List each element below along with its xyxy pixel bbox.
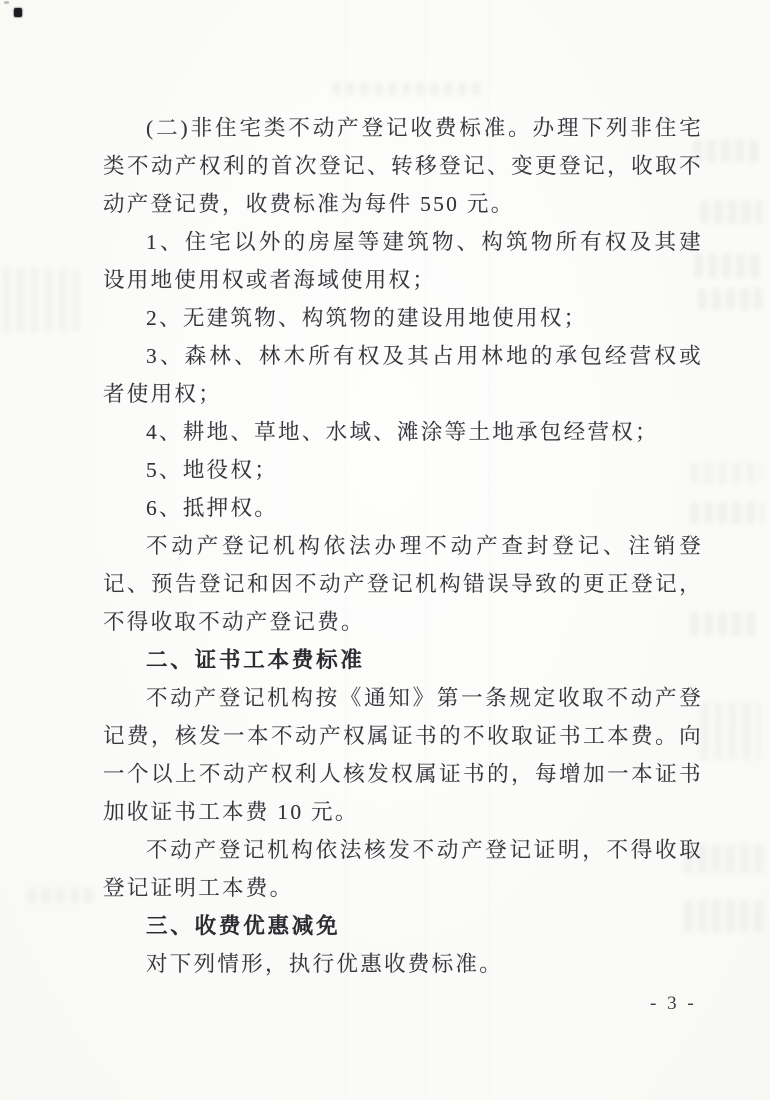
bleed-through-artifact [2,268,80,332]
list-item-3: 3、森林、林木所有权及其占用林地的承包经营权或者使用权； [103,337,703,413]
document-page: (二)非住宅类不动产登记收费标准。办理下列非住宅类不动产权利的首次登记、转移登记… [0,0,770,1100]
bleed-through-artifact [693,140,763,162]
paragraph-discount-intro: 对下列情形，执行优惠收费标准。 [103,945,703,983]
paragraph-certificate-fee-rules: 不动产登记机构按《通知》第一条规定收取不动产登记费，核发一本不动产权属证书的不收… [103,679,703,831]
bleed-through-artifact [698,288,762,310]
bleed-through-artifact [332,82,482,95]
page-number: - 3 - [650,993,697,1015]
bleed-through-artifact [700,702,760,760]
scan-speck-small [4,1,9,4]
list-item-6: 6、抵押权。 [103,489,703,527]
list-item-5: 5、地役权； [103,451,703,489]
paragraph-nonresidential-fee-standard: (二)非住宅类不动产登记收费标准。办理下列非住宅类不动产权利的首次登记、转移登记… [103,109,703,223]
bleed-through-artifact [28,888,96,903]
bleed-through-artifact [700,200,762,224]
list-item-2: 2、无建筑物、构筑物的建设用地使用权； [103,299,703,337]
list-item-1: 1、住宅以外的房屋等建筑物、构筑物所有权及其建设用地使用权或者海域使用权； [103,223,703,299]
section-heading-certificate-fee: 二、证书工本费标准 [103,641,703,679]
paragraph-no-fee-registrations: 不动产登记机构依法办理不动产查封登记、注销登记、预告登记和因不动产登记机构错误导… [103,527,703,641]
list-item-4: 4、耕地、草地、水域、滩涂等土地承包经营权； [103,413,703,451]
paragraph-certificate-proof-no-fee: 不动产登记机构依法核发不动产登记证明，不得收取登记证明工本费。 [103,831,703,907]
scan-speck [14,8,22,17]
bleed-through-artifact [694,254,764,278]
document-body: (二)非住宅类不动产登记收费标准。办理下列非住宅类不动产权利的首次登记、转移登记… [103,109,703,983]
section-heading-fee-discounts: 三、收费优惠减免 [103,907,703,945]
